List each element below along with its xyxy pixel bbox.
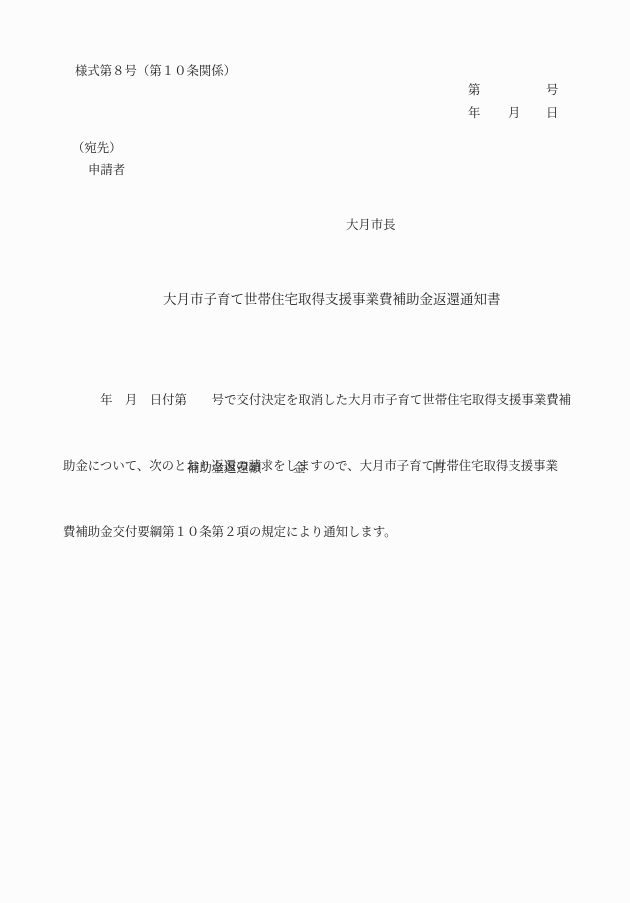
applicant-label: 申請者 (88, 164, 125, 176)
refund-amount-label: 補助金返還額 (187, 462, 261, 474)
body-line: 助金について、次のとおり返還の請求をしますので、大月市子育て世帯住宅取得支援事業 (63, 455, 568, 477)
refund-amount-suffix: 円 (432, 462, 444, 474)
sender-mayor: 大月市長 (346, 219, 396, 231)
addressee-label: （宛先） (72, 142, 122, 154)
date-day-label: 日 (546, 107, 558, 119)
form-number: 様式第８号（第１０条関係） (75, 65, 236, 77)
document-title: 大月市子育て世帯住宅取得支援事業費補助金返還通知書 (163, 293, 501, 307)
body-line: 年 月 日付第 号で交付決定を取消した大月市子育て世帯住宅取得支援事業費補 (63, 389, 568, 411)
date-year-label: 年 (468, 107, 480, 119)
refund-amount-prefix: 金 (293, 462, 305, 474)
date-month-label: 月 (508, 107, 520, 119)
doc-number-suffix: 号 (546, 84, 558, 96)
body-line: 費補助金交付要綱第１０条第２項の規定により通知します。 (63, 521, 568, 543)
doc-number-prefix: 第 (468, 84, 480, 96)
document-page: 様式第８号（第１０条関係） 第 号 年 月 日 （宛先） 申請者 大月市長 大月… (0, 0, 630, 903)
body-paragraph: 年 月 日付第 号で交付決定を取消した大月市子育て世帯住宅取得支援事業費補 助金… (63, 345, 568, 587)
